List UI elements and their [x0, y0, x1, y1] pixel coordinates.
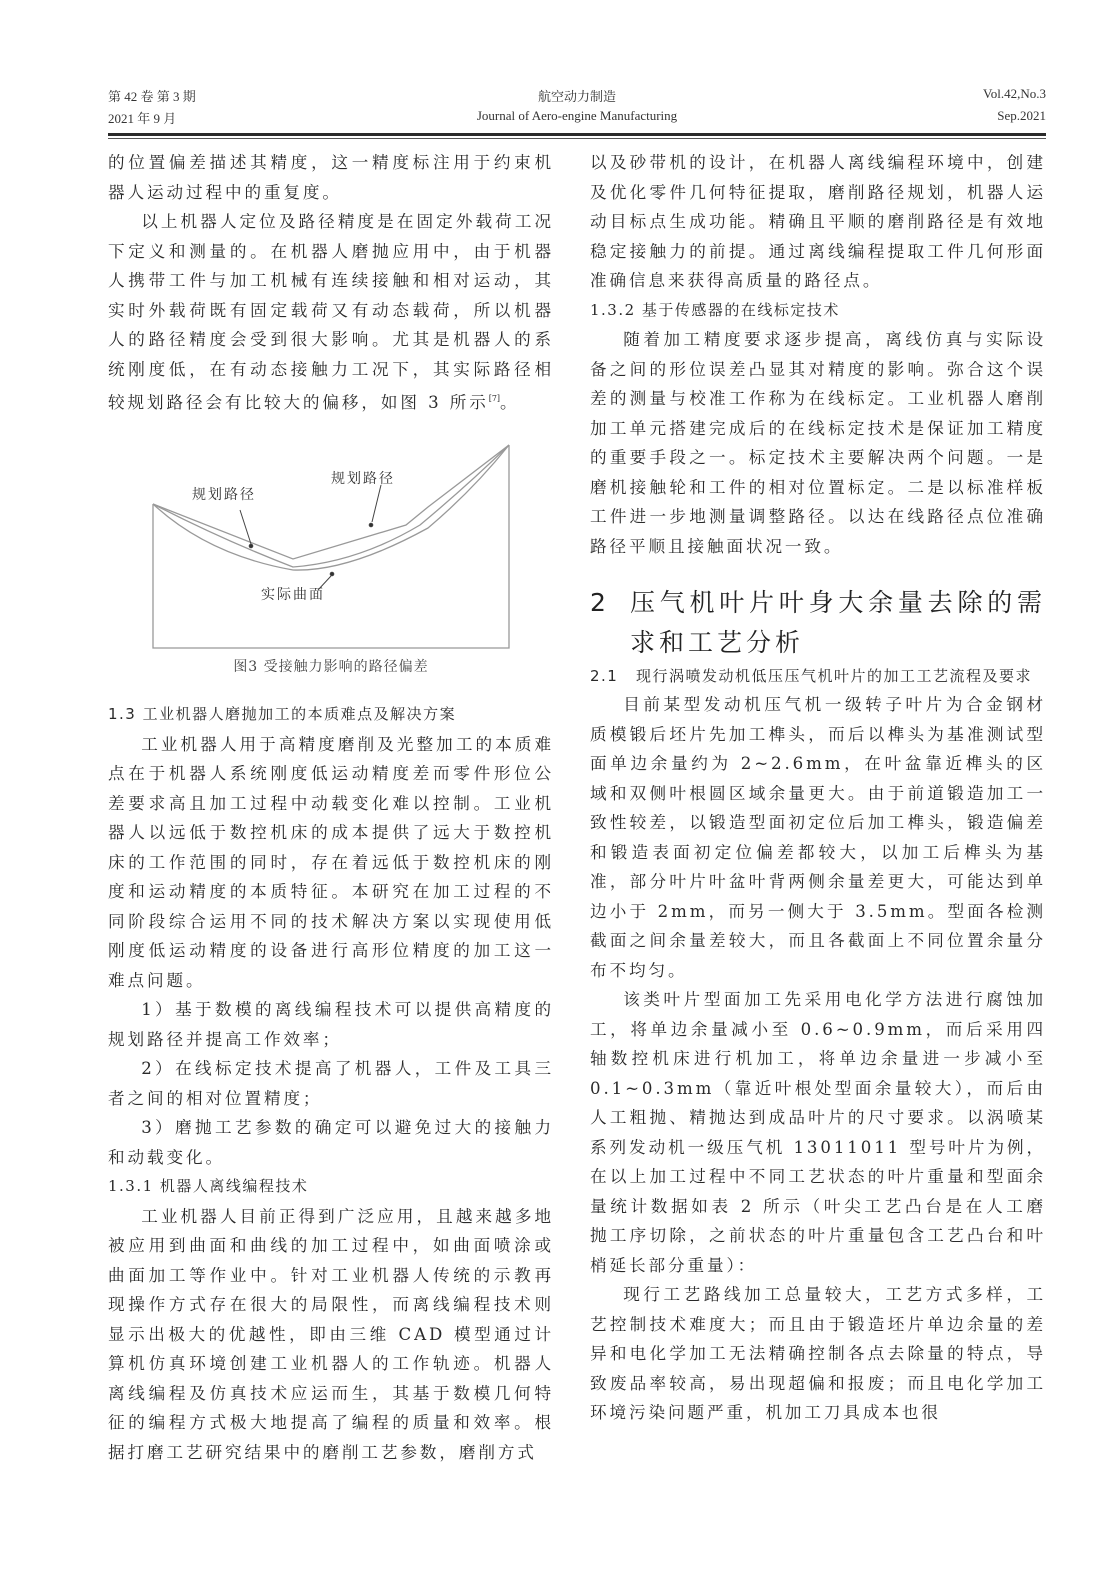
right-column: 以及砂带机的设计，在机器人离线编程环境中，创建及优化零件几何特征提取，磨削路径规…: [590, 148, 1046, 1428]
paragraph: 以上机器人定位及路径精度是在固定外载荷工况下定义和测量的。在机器人磨抛应用中，由…: [108, 207, 554, 418]
paragraph: 目前某型发动机压气机一级转子叶片为合金钢材质模锻后坯片先加工榫头，而后以榫头为基…: [590, 690, 1046, 985]
section-heading-1-3-2: 1.3.2 基于传感器的在线标定技术: [590, 296, 1046, 326]
label-actual-surface: 实际曲面: [261, 584, 325, 604]
left-column: 的位置偏差描述其精度，这一精度标注用于约束机器人运动过程中的重复度。 以上机器人…: [108, 148, 554, 418]
header-rule-thick: [108, 133, 1046, 136]
section-heading-1-3: 1.3 工业机器人磨抛加工的本质难点及解决方案: [108, 700, 554, 730]
left-column-lower: 1.3 工业机器人磨抛加工的本质难点及解决方案 工业机器人用于高精度磨削及光整加…: [108, 700, 554, 1467]
figure-caption: 图3 受接触力影响的路径偏差: [108, 656, 554, 676]
paragraph: 随着加工精度要求逐步提高，离线仿真与实际设备之间的形位误差凸显其对精度的影响。弥…: [590, 325, 1046, 561]
section-heading-2-1: 2.1现行涡喷发动机低压压气机叶片的加工工艺流程及要求: [590, 663, 1046, 690]
paragraph: 现行工艺路线加工总量较大，工艺方式多样，工艺控制技术难度大；而且由于锻造坯片单边…: [590, 1280, 1046, 1428]
header-rule-thin: [108, 138, 1046, 139]
section-heading-1-3-1: 1.3.1 机器人离线编程技术: [108, 1172, 554, 1202]
label-planned-path-left: 规划路径: [192, 484, 256, 504]
paragraph: 该类叶片型面加工先采用电化学方法进行腐蚀加工，将单边余量减小至 0.6~0.9m…: [590, 985, 1046, 1280]
citation: [7]: [489, 394, 500, 403]
journal-title-cn: 航空动力制造: [108, 86, 1046, 105]
paragraph: 的位置偏差描述其精度，这一精度标注用于约束机器人运动过程中的重复度。: [108, 148, 554, 207]
journal-title-en: Journal of Aero-engine Manufacturing: [108, 108, 1046, 124]
list-item: 1）基于数模的离线编程技术可以提供高精度的规划路径并提高工作效率；: [108, 995, 554, 1054]
paragraph: 工业机器人目前正得到广泛应用，且越来越多地被应用到曲面和曲线的加工过程中，如曲面…: [108, 1202, 554, 1468]
date-en: Sep.2021: [997, 108, 1046, 124]
volume-issue-en: Vol.42,No.3: [983, 86, 1046, 102]
running-header: 第 42 卷 第 3 期 2021 年 9 月 航空动力制造 Journal o…: [108, 86, 1046, 132]
list-item: 3）磨抛工艺参数的确定可以避免过大的接触力和动载变化。: [108, 1113, 554, 1172]
section-heading-2: 2压气机叶片叶身大余量去除的需求和工艺分析: [590, 583, 1046, 663]
figure-3: 规划路径 规划路径 实际曲面: [148, 440, 518, 690]
paragraph: 工业机器人用于高精度磨削及光整加工的本质难点在于机器人系统刚度低运动精度差而零件…: [108, 730, 554, 996]
label-planned-path-right: 规划路径: [331, 468, 395, 488]
paragraph: 以及砂带机的设计，在机器人离线编程环境中，创建及优化零件几何特征提取，磨削路径规…: [590, 148, 1046, 296]
list-item: 2）在线标定技术提高了机器人，工件及工具三者之间的相对位置精度；: [108, 1054, 554, 1113]
